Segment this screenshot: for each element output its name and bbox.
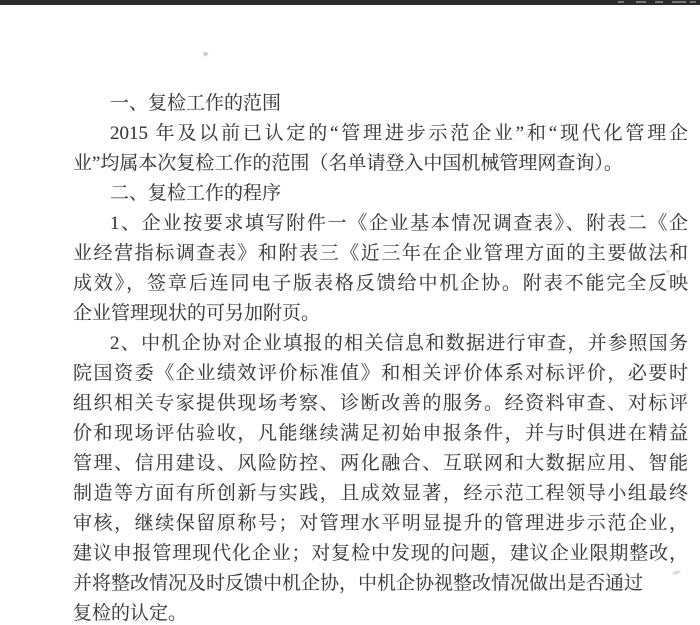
text-line: 业”均属本次复检工作的范围（名单请登入中国机械管理网查询）。	[73, 149, 688, 179]
scanned-document-page: 一、复检工作的范围 2015 年及以前已认定的“管理进步示范企业”和“现代化管理…	[0, 0, 700, 625]
scan-noise-fleck	[690, 1, 696, 3]
text-line: 2、中机企协对企业填报的相关信息和数据进行审查，并参照国务	[73, 329, 688, 359]
scan-noise-fleck	[655, 1, 663, 3]
scan-noise-fleck	[672, 1, 686, 3]
text-line: 院国资委《企业绩效评价标准值》和相关评价体系对标评价，必要时	[73, 359, 688, 389]
scan-edge-bar	[0, 0, 700, 5]
text-line: 1、企业按要求填写附件一《企业基本情况调查表》、附表二《企	[73, 209, 688, 239]
scan-smudge	[203, 52, 208, 56]
text-line: 组织相关专家提供现场考察、诊断改善的服务。经资料审查、对标评	[73, 389, 688, 419]
text-line: 审核，继续保留原称号；对管理水平明显提升的管理进步示范企业，	[73, 509, 688, 539]
text-line: 价和现场评估验收，凡能继续满足初始申报条件，并与时俱进在精益	[73, 419, 688, 449]
text-line: 制造等方面有所创新与实践，且成效显著，经示范工程领导小组最终	[73, 479, 688, 509]
section-heading-1: 一、复检工作的范围	[73, 89, 688, 119]
text-line: 复检的认定。	[73, 599, 688, 625]
text-line: 管理、信用建设、风险防控、两化融合、互联网和大数据应用、智能	[73, 449, 688, 479]
text-line: 业经营指标调查表》和附表三《近三年在企业管理方面的主要做法和	[73, 239, 688, 269]
text-line: 建议申报管理现代化企业；对复检中发现的问题，建议企业限期整改，	[73, 539, 688, 569]
text-line: 并将整改情况及时反馈中机企协，中机企协视整改情况做出是否通过	[73, 569, 688, 599]
scan-noise-fleck	[618, 1, 624, 3]
text-line: 成效》，签章后连同电子版表格反馈给中机企协。附表不能完全反映	[73, 269, 688, 299]
section-heading-2: 二、复检工作的程序	[73, 179, 688, 209]
document-text-block: 一、复检工作的范围 2015 年及以前已认定的“管理进步示范企业”和“现代化管理…	[73, 89, 688, 625]
text-line: 企业管理现状的可另加附页。	[73, 299, 688, 329]
text-line: 2015 年及以前已认定的“管理进步示范企业”和“现代化管理企	[73, 119, 688, 149]
scan-noise-fleck	[636, 1, 646, 3]
